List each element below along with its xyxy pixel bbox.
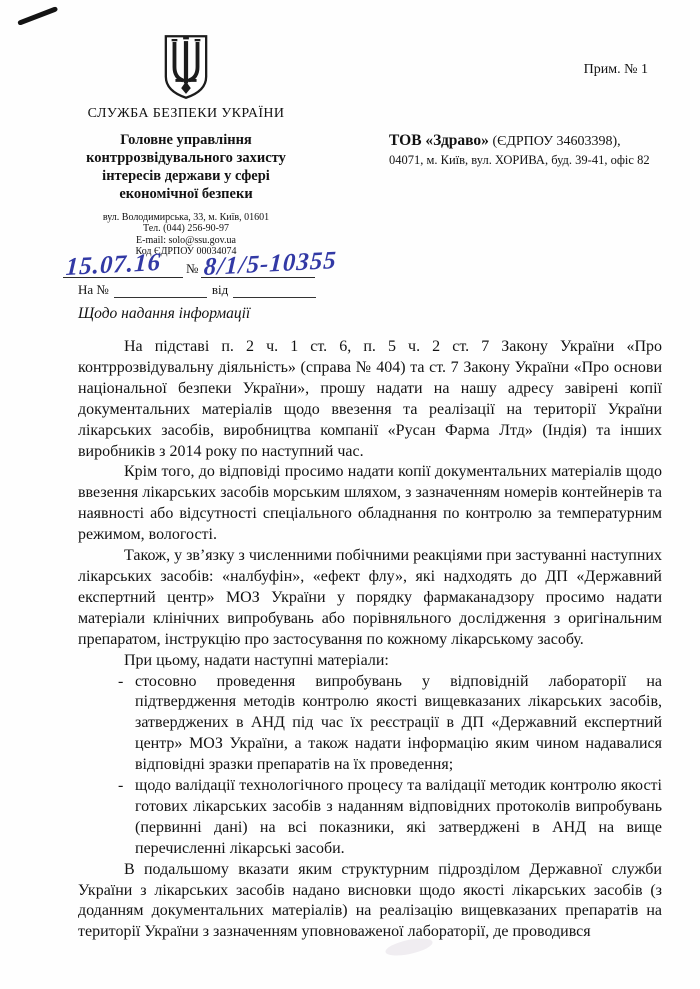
incoming-reference-row: На № від [78, 281, 316, 298]
closing-paragraph: В подальшому вказати яким структурним пі… [78, 860, 662, 944]
recipient-name: ТОВ «Здраво» [389, 132, 489, 149]
department-name: Головне управління контррозвідувального … [56, 131, 316, 203]
letter-body: На підставі п. 2 ч. 1 ст. 6, п. 5 ч. 2 с… [78, 337, 662, 943]
bullet-dash: - [118, 672, 123, 693]
incoming-date-label: від [212, 282, 228, 298]
outgoing-date-blank: 15.07.16 [63, 243, 183, 278]
org-header-block: СЛУЖБА БЕЗПЕКИ УКРАЇНИ Головне управлінн… [56, 33, 316, 257]
outgoing-number-blank: 8/1/5-10355 [201, 243, 315, 278]
body-paragraph-3: Також, у зв’язку з численними побічними … [78, 546, 662, 651]
subject-line: Щодо надання інформації [78, 305, 250, 323]
bullet-text-1: стосовно проведення випробувань у відпов… [135, 673, 662, 774]
recipient-edrpou: (ЄДРПОУ 34603398), [489, 134, 621, 149]
scanned-letter-page: Прим. № 1 СЛУЖБА БЕЗПЕКИ УКРАЇНИ Головне… [0, 0, 700, 989]
reference-row: 15.07.16 № 8/1/5-10355 [63, 243, 315, 278]
recipient-block: ТОВ «Здраво» (ЄДРПОУ 34603398), 04071, м… [389, 132, 679, 168]
copy-number-label: Прим. № 1 [584, 62, 648, 78]
body-paragraph-1: На підставі п. 2 ч. 1 ст. 6, п. 5 ч. 2 с… [78, 337, 662, 462]
body-paragraph-2: Крім того, до відповіді просимо надати к… [78, 462, 662, 546]
recipient-line: ТОВ «Здраво» (ЄДРПОУ 34603398), [389, 132, 679, 150]
incoming-ref-label: На № [78, 282, 109, 298]
bullet-list: - стосовно проведення випробувань у відп… [118, 672, 662, 860]
bullet-dash: - [118, 776, 123, 797]
bullet-item-2: - щодо валідації технологічного процесу … [118, 776, 662, 860]
bullet-item-1: - стосовно проведення випробувань у відп… [118, 672, 662, 777]
ref-number-label: № [186, 261, 198, 277]
org-phone: Тел. (044) 256-90-97 [56, 223, 316, 234]
service-name: СЛУЖБА БЕЗПЕКИ УКРАЇНИ [56, 106, 316, 122]
incoming-date-blank [233, 282, 316, 298]
handwritten-date: 15.07.16 [65, 249, 162, 282]
handwritten-ref-number: 8/1/5-10355 [203, 247, 338, 282]
list-intro: При цьому, надати наступні матеріали: [78, 651, 662, 672]
bullet-text-2: щодо валідації технологічного процесу та… [135, 777, 662, 857]
recipient-address: 04071, м. Київ, вул. ХОРИВА, буд. 39-41,… [389, 153, 679, 168]
org-address: вул. Володимирська, 33, м. Київ, 01601 [56, 212, 316, 223]
pen-stroke-mark [17, 6, 58, 25]
ukraine-trident-emblem-icon [162, 33, 210, 101]
incoming-number-blank [114, 282, 207, 298]
